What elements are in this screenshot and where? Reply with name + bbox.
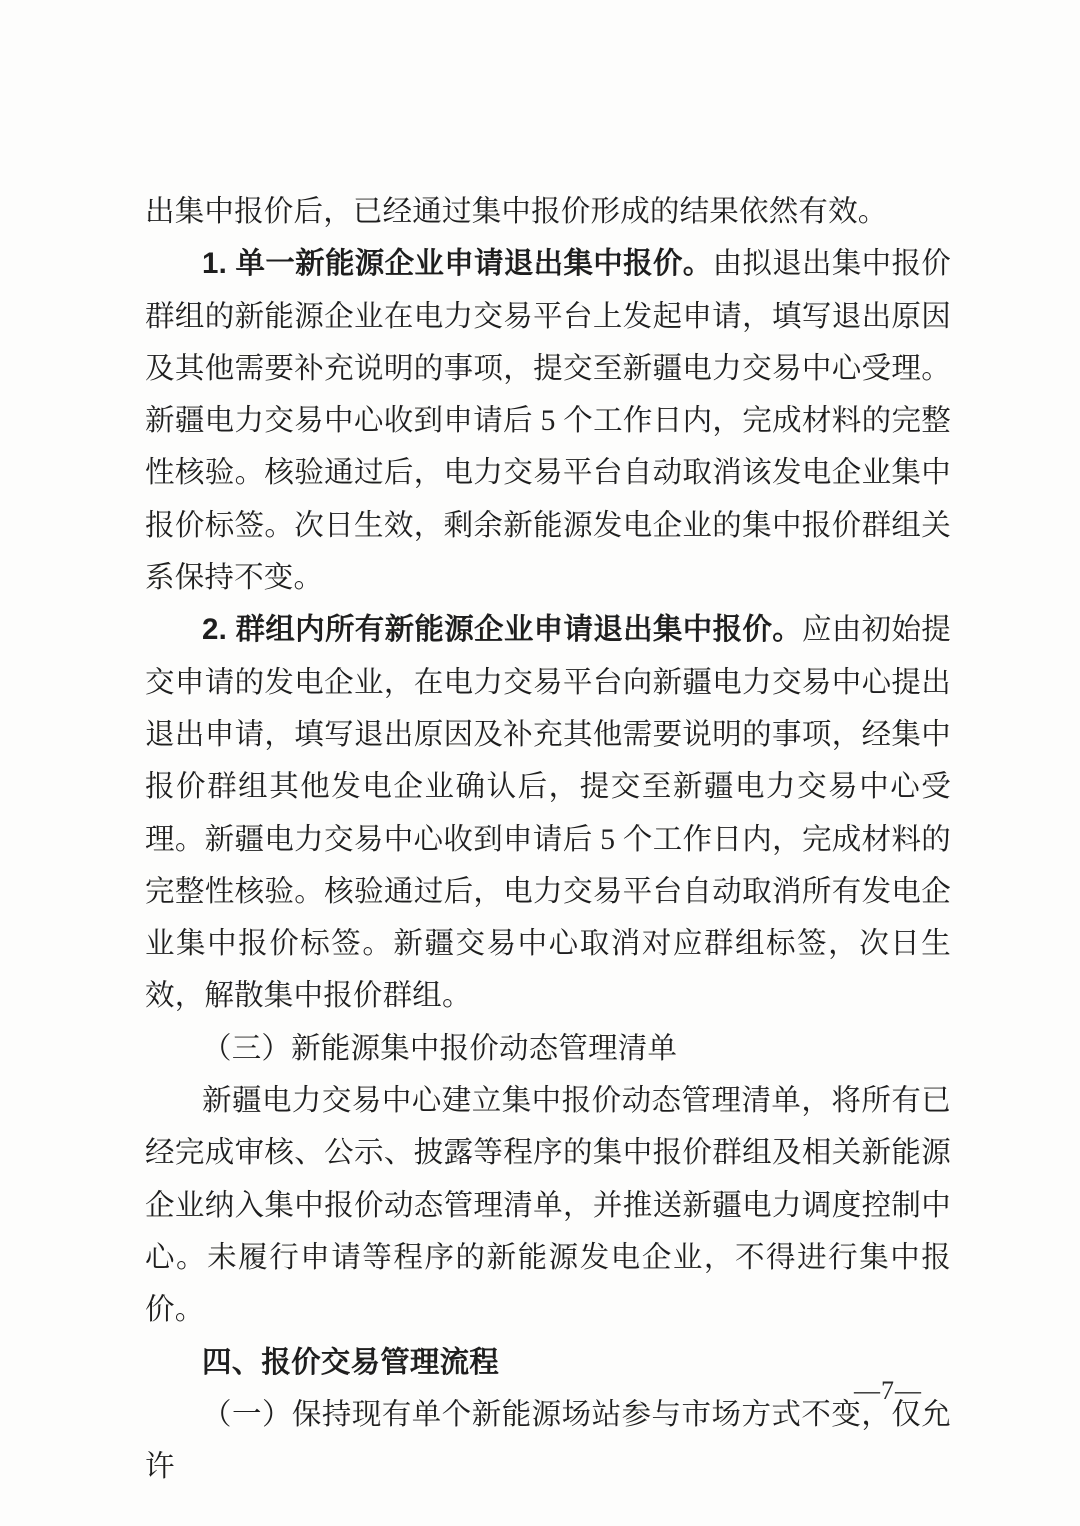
- page-number: —7—: [854, 1376, 922, 1406]
- paragraph: （一）保持现有单个新能源场站参与市场方式不变，仅允许: [145, 1389, 951, 1494]
- text-run: 由拟退出集中报价群组的新能源企业在电力交易平台上发起申请，填写退出原因及其他需要…: [145, 248, 951, 594]
- document-page: 出集中报价后，已经通过集中报价形成的结果依然有效。1. 单一新能源企业申请退出集…: [0, 0, 1080, 1526]
- text-run: 新疆电力交易中心建立集中报价动态管理清单，将所有已经完成审核、公示、披露等程序的…: [145, 1085, 951, 1326]
- paragraph: 新疆电力交易中心建立集中报价动态管理清单，将所有已经完成审核、公示、披露等程序的…: [145, 1075, 951, 1336]
- emphasis-text-run: 1. 单一新能源企业申请退出集中报价。: [202, 247, 713, 280]
- emphasis-text-run: 2. 群组内所有新能源企业申请退出集中报价。: [202, 613, 802, 646]
- paragraph: 出集中报价后，已经通过集中报价形成的结果依然有效。: [145, 186, 951, 238]
- paragraph: 2. 群组内所有新能源企业申请退出集中报价。应由初始提交申请的发电企业，在电力交…: [145, 604, 951, 1022]
- text-run: （一）保持现有单个新能源场站参与市场方式不变，仅允许: [145, 1399, 951, 1483]
- text-run: 出集中报价后，已经通过集中报价形成的结果依然有效。: [145, 196, 888, 228]
- text-run: （三）新能源集中报价动态管理清单: [202, 1033, 677, 1065]
- text-run: 应由初始提交申请的发电企业，在电力交易平台向新疆电力交易中心提出退出申请，填写退…: [145, 614, 951, 1012]
- paragraph: 1. 单一新能源企业申请退出集中报价。由拟退出集中报价群组的新能源企业在电力交易…: [145, 238, 951, 604]
- document-body: 出集中报价后，已经通过集中报价形成的结果依然有效。1. 单一新能源企业申请退出集…: [145, 186, 951, 1493]
- emphasis-text-run: 四、报价交易管理流程: [202, 1346, 499, 1379]
- paragraph: 四、报价交易管理流程: [145, 1337, 951, 1389]
- paragraph: （三）新能源集中报价动态管理清单: [145, 1023, 951, 1075]
